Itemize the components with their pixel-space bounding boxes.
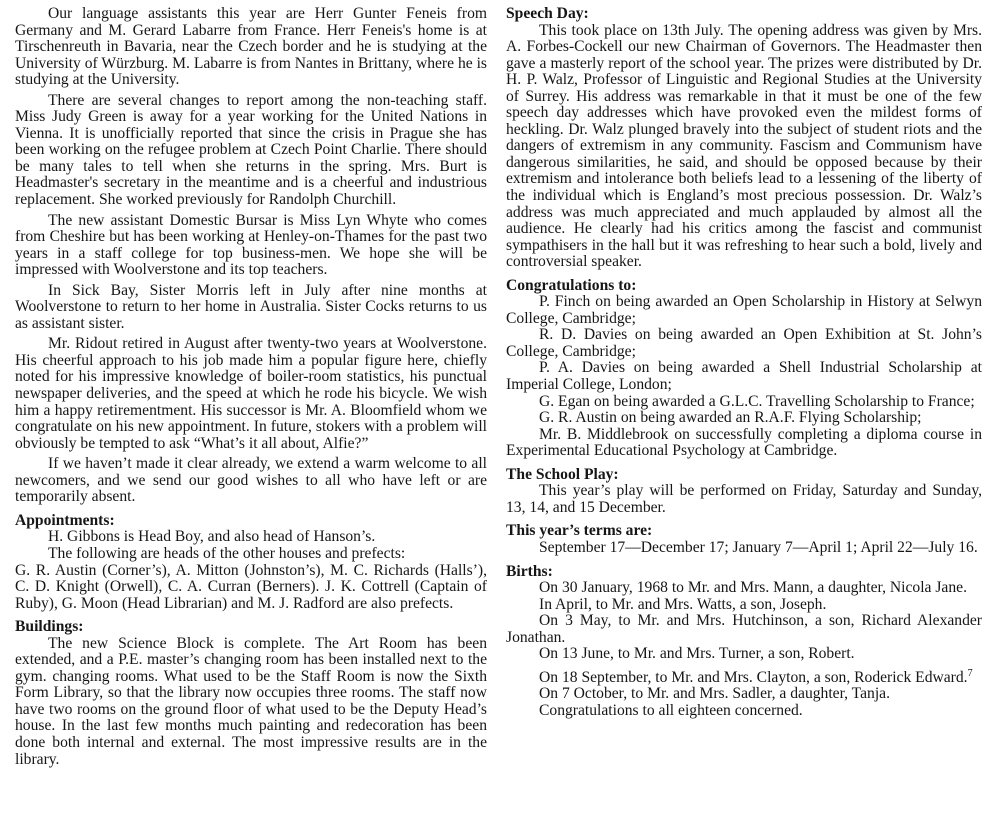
birth-item: On 13 June, to Mr. and Mrs. Turner, a so… — [506, 646, 982, 663]
birth-item: In April, to Mr. and Mrs. Watts, a son, … — [506, 597, 982, 614]
page-number: 7 — [968, 668, 973, 679]
terms-heading: This year’s terms are: — [506, 523, 982, 540]
congratulations-item: P. Finch on being awarded an Open Schola… — [506, 294, 982, 327]
speech-day-heading: Speech Day: — [506, 6, 982, 23]
birth-item: On 7 October, to Mr. and Mrs. Sadler, a … — [506, 686, 982, 703]
appointments-head-boy: H. Gibbons is Head Boy, and also head of… — [15, 529, 487, 546]
births-closing: Congratulations to all eighteen concerne… — [506, 703, 982, 720]
school-play-heading: The School Play: — [506, 467, 982, 484]
congratulations-item: P. A. Davies on being awarded a Shell In… — [506, 360, 982, 393]
congratulations-heading: Congratulations to: — [506, 278, 982, 295]
congratulations-item: R. D. Davies on being awarded an Open Ex… — [506, 327, 982, 360]
appointments-heading: Appointments: — [15, 513, 487, 530]
appointments-prefects: G. R. Austin (Corner’s), A. Mitton (John… — [15, 563, 487, 613]
buildings-heading: Buildings: — [15, 619, 487, 636]
paragraph-domestic-bursar: The new assistant Domestic Bursar is Mis… — [15, 213, 487, 279]
congratulations-item: G. Egan on being awarded a G.L.C. Travel… — [506, 394, 982, 411]
left-column: Our language assistants this year are He… — [15, 6, 487, 768]
paragraph-non-teaching-staff: There are several changes to report amon… — [15, 93, 487, 209]
congratulations-item: G. R. Austin on being awarded an R.A.F. … — [506, 410, 982, 427]
terms-text: September 17—December 17; January 7—Apri… — [506, 540, 982, 557]
right-column: Speech Day: This took place on 13th July… — [506, 6, 982, 719]
paragraph-sick-bay: In Sick Bay, Sister Morris left in July … — [15, 283, 487, 333]
school-play-text: This year’s play will be performed on Fr… — [506, 483, 982, 516]
buildings-text: The new Science Block is complete. The A… — [15, 636, 487, 768]
congratulations-item: Mr. B. Middlebrook on successfully compl… — [506, 427, 982, 460]
birth-item: On 30 January, 1968 to Mr. and Mrs. Mann… — [506, 580, 982, 597]
birth-item: On 3 May, to Mr. and Mrs. Hutchinson, a … — [506, 613, 982, 646]
paragraph-welcome: If we haven’t made it clear already, we … — [15, 456, 487, 506]
paragraph-mr-ridout: Mr. Ridout retired in August after twent… — [15, 336, 487, 452]
paragraph-language-assistants: Our language assistants this year are He… — [15, 6, 487, 89]
speech-day-text: This took place on 13th July. The openin… — [506, 23, 982, 271]
births-heading: Births: — [506, 564, 982, 581]
birth-item: On 18 September, to Mr. and Mrs. Clayton… — [506, 670, 982, 687]
appointments-intro: The following are heads of the other hou… — [15, 546, 487, 563]
birth-item-text: On 18 September, to Mr. and Mrs. Clayton… — [539, 669, 968, 686]
